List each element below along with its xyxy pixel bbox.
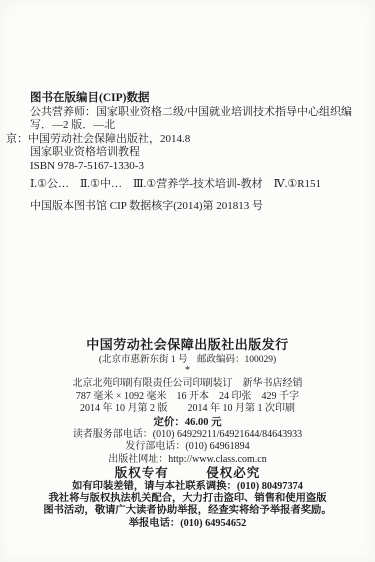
piracy-warning-line2: 图书活动，敬请广大读者协助举报，经查实将给予举报者奖励。 (0, 505, 375, 517)
exchange-notice: 如有印装差错，请与本社联系调换：(010) 80497374 (0, 481, 375, 493)
cip-data-block: 图书在版编目(CIP)数据 公共营养师：国家职业资格二级/中国就业培训技术指导中… (30, 92, 370, 213)
copyright-notice-left: 版权专有 (115, 466, 169, 480)
cip-record-number: 中国版本图书馆 CIP 数据核字(2014)第 201813 号 (30, 200, 370, 214)
printer-line: 北京北苑印刷有限责任公司印刷装订 新华书店经销 (0, 378, 375, 391)
price-line: 定价：46.00 元 (0, 416, 375, 429)
cip-isbn: ISBN 978-7-5167-1330-3 (30, 160, 370, 174)
copyright-notice-right: 侵权必究 (206, 466, 260, 480)
edition-line: 2014 年 10 月第 2 版 2014 年 10 月第 1 次印刷 (0, 403, 375, 416)
reader-service-phone: 读者服务部电话：(010) 64929211/64921644/84643933 (0, 429, 375, 442)
cip-entry-line1: 公共营养师：国家职业资格二级/中国就业培训技术指导中心组织编写．—2 版．—北 (30, 106, 370, 133)
section-separator: * (0, 366, 375, 375)
cip-entry-line2: 京：中国劳动社会保障出版社，2014.8 (6, 133, 370, 147)
cip-header: 图书在版编目(CIP)数据 (30, 92, 370, 106)
copyright-notice: 版权专有侵权必究 (0, 466, 375, 481)
distribution-phone: 发行部电话：(010) 64961894 (0, 441, 375, 454)
publisher-line: 中国劳动社会保障出版社出版发行 (0, 337, 375, 352)
publisher-website: 出版社网址：http://www.class.com.cn (0, 454, 375, 467)
cip-classification: Ⅰ.①公… Ⅱ.①中… Ⅲ.①营养学-技术培训-教材 Ⅳ.①R151 (30, 178, 370, 192)
copyright-page: 图书在版编目(CIP)数据 公共营养师：国家职业资格二级/中国就业培训技术指导中… (0, 0, 375, 562)
colophon-block: 中国劳动社会保障出版社出版发行 (北京市惠新东街 1 号 邮政编码：100029… (0, 337, 375, 530)
format-line: 787 毫米 × 1092 毫米 16 开本 24 印张 429 千字 (0, 391, 375, 404)
report-phone: 举报电话：(010) 64954652 (0, 518, 375, 530)
piracy-warning-line1: 我社将与版权执法机关配合，大力打击盗印、销售和使用盗版 (0, 493, 375, 505)
cip-series-title: 国家职业资格培训教程 (30, 146, 370, 160)
